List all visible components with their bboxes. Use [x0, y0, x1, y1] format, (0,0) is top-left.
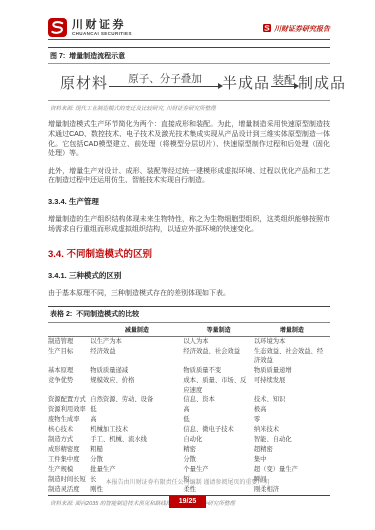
report-tag: 川财证券研究报告	[263, 24, 330, 37]
figure-source-note: 资料来源: 现代工业制造模式的变迁及比较研究, 川财证券研究所整理	[48, 101, 330, 112]
flow-arrow-1-label: 原子、分子叠加	[128, 74, 202, 85]
page-footer: 本报告由川财证券有限责任公司编制 谨请参阅尾页的重要声明 19/25	[0, 477, 375, 508]
row-value: 自然资源、劳动、设备	[90, 395, 183, 405]
table-row: 成形精密度粗糙精密超精密	[48, 445, 330, 455]
table-row: 制造管理以生产为本以人为本以环境为本	[48, 336, 330, 346]
chuancai-logo-icon	[48, 18, 67, 37]
row-value: 成本、质量、市场、反应速度	[183, 376, 254, 395]
table-row: 基本原理物质质量递减物质质量不变物质质量递增	[48, 366, 330, 376]
process-flow-diagram: 原材料 原子、分子叠加 半成品 装配 制成品	[48, 64, 330, 101]
row-value: 低	[183, 415, 254, 425]
report-tag-icon	[263, 24, 271, 34]
right-arrow-icon	[109, 86, 221, 87]
row-value: 机械加工技术	[90, 425, 183, 435]
row-value: 智能、自动化	[254, 435, 330, 445]
row-value: 批量生产	[90, 465, 183, 475]
section-heading-3-4: 3.4. 不同制造模式的区别	[48, 246, 330, 260]
row-value: 手工、机械、流水线	[90, 435, 183, 445]
paragraph-1: 增量制造模式生产环节简化为两个：直接成形和装配。为此，增量制造采用快速原型制造技…	[48, 120, 330, 158]
figure-7-block: 图 7:增量制造流程示意 原材料 原子、分子叠加 半成品 装配 制成品 资料来源…	[48, 47, 330, 112]
right-arrow-icon	[271, 86, 297, 87]
page-badge-wrap: 19/25	[0, 490, 375, 508]
header-divider	[48, 39, 330, 40]
table-row: 资源利用效率低高极高	[48, 405, 330, 415]
row-value: 经济效益	[90, 347, 183, 366]
row-label: 废物生成率	[48, 415, 90, 425]
table-row: 竞争优势规模效应、价格成本、质量、市场、反应速度可持续发展	[48, 376, 330, 395]
paragraph-2: 此外，增量生产对设计、成形、装配等经过统一建模形成虚拟环境、过程以优化产品和工艺…	[48, 167, 330, 186]
row-label: 工件集中度	[48, 455, 90, 465]
flow-arrow-1: 原子、分子叠加	[109, 74, 221, 87]
section-heading-3-4-1: 3.4.1. 三种模式的区别	[48, 270, 330, 281]
table-caption: 表格 2:不同制造模式的比较	[48, 306, 330, 323]
comparison-table-wrap: 减量制造等量制造增量制造 制造管理以生产为本以人为本以环境为本生产目标经济效益经…	[48, 323, 330, 496]
report-tag-label: 川财证券研究报告	[274, 24, 330, 34]
flow-node-semi-finished: 半成品	[222, 76, 270, 92]
row-value: 超精密	[254, 445, 330, 455]
comparison-table: 减量制造等量制造增量制造 制造管理以生产为本以人为本以环境为本生产目标经济效益经…	[48, 323, 330, 495]
table-caption-label: 表格 2:	[50, 311, 72, 318]
row-value: 可持续发展	[254, 376, 330, 395]
figure-caption-label: 图 7:	[50, 53, 65, 60]
table-row: 制造方式手工、机械、流水线自动化智能、自动化	[48, 435, 330, 445]
table-row: 工件集中度分散分散集中	[48, 455, 330, 465]
row-value: 高	[183, 405, 254, 415]
table-body: 制造管理以生产为本以人为本以环境为本生产目标经济效益经济效益、社会效益生态效益、…	[48, 336, 330, 495]
table-row: 资源配置方式自然资源、劳动、设备信息、资本技术、知识	[48, 395, 330, 405]
row-value: 高	[90, 415, 183, 425]
row-value: 信息、微电子技术	[183, 425, 254, 435]
report-page: 川财证券 CHUANCAI SECURITIES 川财证券研究报告 图 7:增量…	[0, 0, 375, 530]
row-value: 零	[254, 415, 330, 425]
row-value: 物质质量递增	[254, 366, 330, 376]
figure-caption: 图 7:增量制造流程示意	[48, 47, 330, 64]
row-label: 基本原理	[48, 366, 90, 376]
row-value: 极高	[254, 405, 330, 415]
row-value: 粗糙	[90, 445, 183, 455]
row-label: 资源利用效率	[48, 405, 90, 415]
brand-text: 川财证券 CHUANCAI SECURITIES	[72, 19, 132, 36]
table-row: 生产规模批量生产个量生产超（变）量生产	[48, 465, 330, 475]
row-label: 制造管理	[48, 336, 90, 346]
row-value: 经济效益、社会效益	[183, 347, 254, 366]
column-header: 等量制造	[183, 323, 254, 337]
table-head: 减量制造等量制造增量制造	[48, 323, 330, 337]
table-row: 核心技术机械加工技术信息、微电子技术纳米技术	[48, 425, 330, 435]
row-value: 分散	[90, 455, 183, 465]
page-number-badge: 19/25	[169, 496, 207, 508]
row-label: 成形精密度	[48, 445, 90, 455]
row-value: 以生产为本	[90, 336, 183, 346]
figure-caption-title: 增量制造流程示意	[69, 53, 125, 60]
row-value: 超（变）量生产	[254, 465, 330, 475]
page-header: 川财证券 CHUANCAI SECURITIES 川财证券研究报告	[48, 18, 330, 37]
flow-arrow-2: 装配	[271, 75, 297, 87]
table-caption-title: 不同制造模式的比较	[76, 311, 139, 318]
row-value: 集中	[254, 455, 330, 465]
row-value: 个量生产	[183, 465, 254, 475]
row-value: 技术、知识	[254, 395, 330, 405]
section-3-3-4-text: 增量制造的生产组织结构体现未来生物特性，称之为生物细胞型组织，这类组织能够按照市…	[48, 215, 330, 234]
row-value: 以环境为本	[254, 336, 330, 346]
brand-name: 川财证券	[72, 19, 132, 31]
row-value: 信息、资本	[183, 395, 254, 405]
table-row: 生产目标经济效益经济效益、社会效益生态效益、社会效益、经济效益	[48, 347, 330, 366]
section-heading-3-3-4: 3.3.4. 生产管理	[48, 196, 330, 207]
row-value: 物质质量不变	[183, 366, 254, 376]
row-value: 低	[90, 405, 183, 415]
row-label: 生产目标	[48, 347, 90, 366]
row-value: 规模效应、价格	[90, 376, 183, 395]
row-value: 精密	[183, 445, 254, 455]
corner-header	[48, 323, 90, 337]
footer-disclaimer: 本报告由川财证券有限责任公司编制 谨请参阅尾页的重要声明	[0, 477, 375, 486]
row-value: 物质质量递减	[90, 366, 183, 376]
row-label: 核心技术	[48, 425, 90, 435]
flow-node-finished: 制成品	[298, 76, 346, 92]
row-label: 资源配置方式	[48, 395, 90, 405]
section-3-4-1-text: 由于基本原理不同，三种制造模式存在的差别体现如下表。	[48, 289, 330, 299]
row-value: 以人为本	[183, 336, 254, 346]
row-label: 生产规模	[48, 465, 90, 475]
row-value: 纳米技术	[254, 425, 330, 435]
row-value: 分散	[183, 455, 254, 465]
brand-subtitle: CHUANCAI SECURITIES	[72, 31, 132, 36]
row-label: 竞争优势	[48, 376, 90, 395]
column-header: 增量制造	[254, 323, 330, 337]
brand-block: 川财证券 CHUANCAI SECURITIES	[48, 18, 132, 37]
row-value: 生态效益、社会效益、经济效益	[254, 347, 330, 366]
flow-node-raw-material: 原材料	[60, 76, 108, 92]
row-value: 自动化	[183, 435, 254, 445]
column-header: 减量制造	[90, 323, 183, 337]
table-header-row: 减量制造等量制造增量制造	[48, 323, 330, 337]
row-label: 制造方式	[48, 435, 90, 445]
table-row: 废物生成率高低零	[48, 415, 330, 425]
